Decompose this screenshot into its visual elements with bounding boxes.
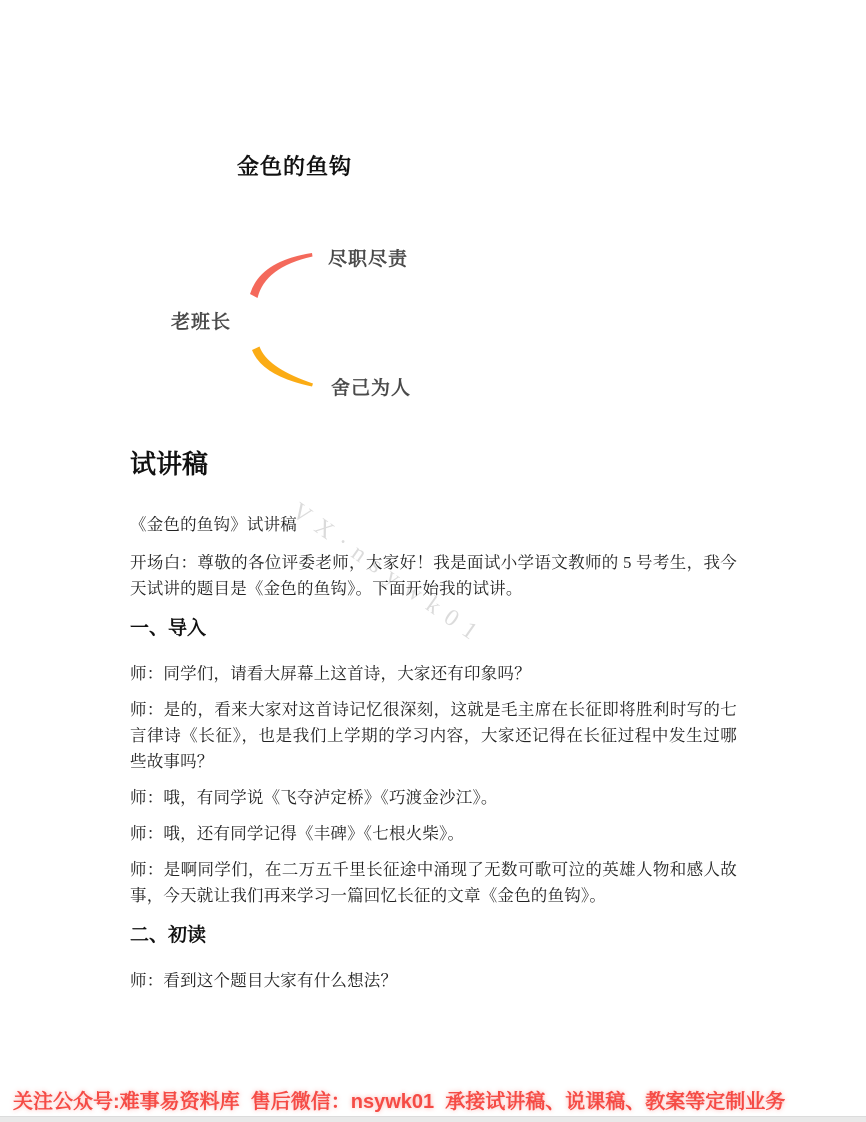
paragraph: 师：哦，还有同学记得《丰碑》《七根火柴》。 [130,821,737,847]
promo-footer-text: 关注公众号:难事易资料库 售后微信：nsywk01 承接试讲稿、说课稿、教案等定… [0,1089,866,1116]
section-heading-main: 试讲稿 [130,444,737,481]
mindmap-branch-curve-top [248,250,316,300]
paragraph: 师：同学们，请看大屏幕上这首诗，大家还有印象吗？ [130,661,737,687]
paragraph: 师：是的，看来大家对这首诗记忆很深刻，这就是毛主席在长征即将胜利时写的七言律诗《… [130,697,737,775]
document-subtitle: 《金色的鱼钩》试讲稿 [130,512,737,538]
branch-curve-top-stroke [250,253,313,298]
mindmap-root-label: 老班长 [171,307,231,334]
page-bottom-edge [0,1116,866,1122]
section-heading-2: 二、初读 [130,920,737,947]
branch-curve-bottom-stroke [252,347,313,387]
document-body: 试讲稿 《金色的鱼钩》试讲稿 开场白：尊敬的各位评委老师，大家好！我是面试小学语… [130,444,737,1004]
paragraph: 师：看到这个题目大家有什么想法？ [130,968,737,994]
paragraph: 师：是啊同学们，在二万五千里长征途中涌现了无数可歌可泣的英雄人物和感人故事，今天… [130,857,737,909]
page-title: 金色的鱼钩 [237,150,352,181]
paragraph: 师：哦，有同学说《飞夺泸定桥》《巧渡金沙江》。 [130,785,737,811]
paragraph-opening: 开场白：尊敬的各位评委老师，大家好！我是面试小学语文教师的 5 号考生，我今天试… [130,550,737,602]
document-page: 金色的鱼钩 老班长 尽职尽责 舍己为人 VX·nsywk01 试讲稿 《金色的鱼… [0,0,866,1122]
mindmap-branch-label-top: 尽职尽责 [328,244,408,271]
section-heading-1: 一、导入 [130,613,737,640]
mindmap-branch-label-bottom: 舍己为人 [331,373,411,400]
mindmap-branch-curve-bottom [250,344,316,388]
